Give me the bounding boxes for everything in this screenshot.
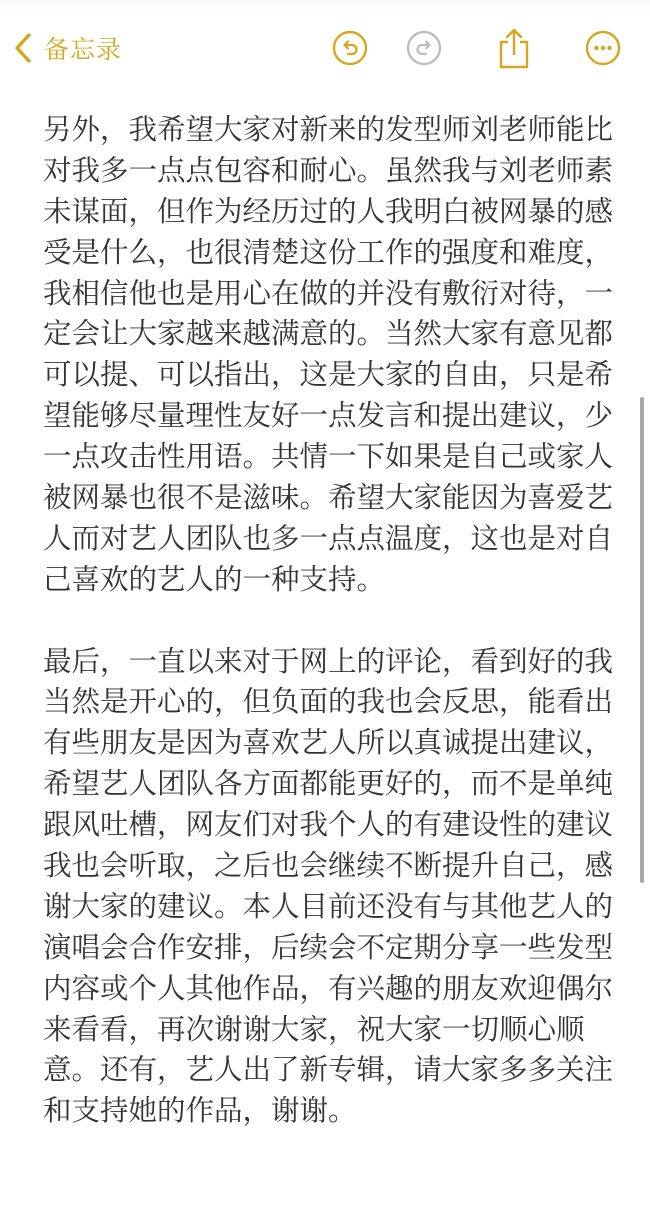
text-line: 另外，我希望大家对新来的发型师刘老师能比	[43, 110, 603, 151]
redo-button[interactable]	[406, 30, 442, 66]
paragraph: 另外，我希望大家对新来的发型师刘老师能比 对我多一点点包容和耐心。虽然我与刘老师…	[43, 110, 603, 601]
note-body[interactable]: 另外，我希望大家对新来的发型师刘老师能比 对我多一点点包容和耐心。虽然我与刘老师…	[43, 110, 603, 1132]
more-icon	[585, 30, 621, 66]
text-line: 己喜欢的艺人的一种支持。	[43, 560, 603, 601]
text-line: 希望艺人团队各方面都能更好的，而不是单纯	[43, 764, 603, 805]
text-line: 内容或个人其他作品，有兴趣的朋友欢迎偶尔	[43, 969, 603, 1010]
text-line: 我也会听取，之后也会继续不断提升自己，感	[43, 846, 603, 887]
text-line: 可以提、可以指出，这是大家的自由，只是希	[43, 355, 603, 396]
text-line: 未谋面，但作为经历过的人我明白被网暴的感	[43, 192, 603, 233]
more-button[interactable]	[585, 30, 621, 66]
vertical-scrollbar[interactable]	[640, 397, 644, 883]
text-line: 我相信他也是用心在做的并没有敷衍对待，一	[43, 274, 603, 315]
undo-icon	[332, 30, 368, 66]
paragraph: 最后，一直以来对于网上的评论，看到好的我 当然是开心的，但负面的我也会反思，能看…	[43, 642, 603, 1133]
text-line: 一点攻击性用语。共情一下如果是自己或家人	[43, 437, 603, 478]
text-line: 望能够尽量理性友好一点发言和提出建议，少	[43, 396, 603, 437]
text-line: 有些朋友是因为喜欢艺人所以真诚提出建议，	[43, 723, 603, 764]
text-line: 和支持她的作品，谢谢。	[43, 1091, 603, 1132]
undo-button[interactable]	[332, 30, 368, 66]
share-icon	[496, 27, 532, 69]
redo-icon	[406, 30, 442, 66]
text-line: 来看看，再次谢谢大家，祝大家一切顺心顺	[43, 1010, 603, 1051]
text-line: 跟风吐槽，网友们对我个人的有建设性的建议	[43, 805, 603, 846]
back-label: 备忘录	[44, 30, 122, 66]
back-button[interactable]: 备忘录	[12, 30, 122, 66]
text-line: 人而对艺人团队也多一点点温度，这也是对自	[43, 519, 603, 560]
text-line: 当然是开心的，但负面的我也会反思，能看出	[43, 682, 603, 723]
navigation-bar: 备忘录	[0, 0, 650, 96]
text-line: 受是什么，也很清楚这份工作的强度和难度，	[43, 233, 603, 274]
text-line: 最后，一直以来对于网上的评论，看到好的我	[43, 642, 603, 683]
text-line: 定会让大家越来越满意的。当然大家有意见都	[43, 314, 603, 355]
text-line: 演唱会合作安排，后续会不定期分享一些发型	[43, 928, 603, 969]
text-line: 谢大家的建议。本人目前还没有与其他艺人的	[43, 887, 603, 928]
chevron-left-icon	[12, 30, 34, 66]
text-line: 被网暴也很不是滋味。希望大家能因为喜爱艺	[43, 478, 603, 519]
text-line: 对我多一点点包容和耐心。虽然我与刘老师素	[43, 151, 603, 192]
share-button[interactable]	[496, 27, 532, 69]
text-line: 意。还有，艺人出了新专辑，请大家多多关注	[43, 1050, 603, 1091]
